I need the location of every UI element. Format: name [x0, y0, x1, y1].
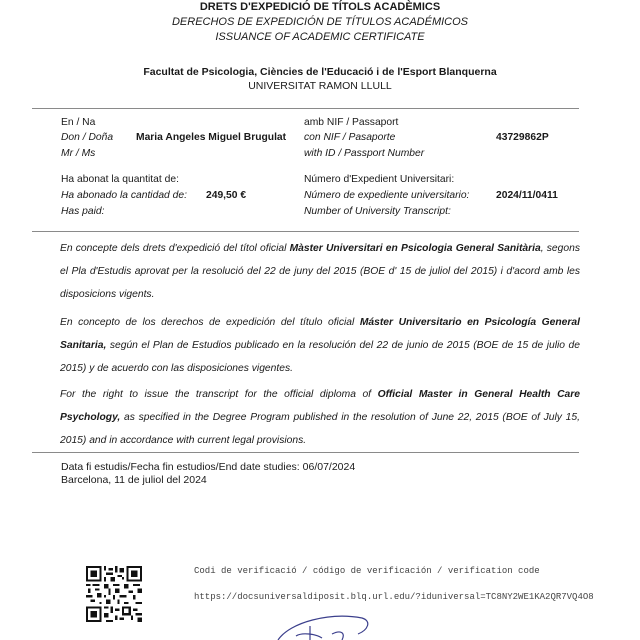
- paragraph-en-text-end: as specified in the Degree Program publi…: [60, 412, 580, 446]
- divider-bottom: [32, 452, 579, 453]
- record-label-en: Number of University Transcript:: [304, 206, 451, 217]
- faculty-name: Facultat de Psicologia, Ciències de l'Ed…: [0, 66, 640, 78]
- place-date: Barcelona, 11 de juliol del 2024: [61, 474, 207, 486]
- end-date: Data fi estudis/Fecha fin estudios/End d…: [61, 461, 355, 473]
- degree-name-ca: Màster Universitari en Psicologia Genera…: [290, 243, 541, 254]
- verification-url-link[interactable]: https://docsuniversaldiposit.blq.url.edu…: [194, 592, 594, 602]
- record-label-ca: Número d'Expedient Universitari:: [304, 174, 454, 185]
- payment-label-en: Has paid:: [61, 206, 105, 217]
- student-label-es: Don / Doña: [61, 132, 113, 143]
- id-value: 43729862P: [496, 132, 549, 143]
- paragraph-catalan: En concepte dels drets d'expedició del t…: [60, 237, 580, 306]
- divider-middle: [32, 231, 579, 232]
- record-label-es: Número de expediente universitario:: [304, 190, 469, 201]
- record-value: 2024/11/0411: [496, 190, 558, 201]
- paragraph-english: For the right to issue the transcript fo…: [60, 383, 580, 452]
- divider-top: [32, 108, 579, 109]
- id-label-ca: amb NIF / Passaport: [304, 117, 398, 128]
- id-label-es: con NIF / Pasaporte: [304, 132, 395, 143]
- qr-code-icon[interactable]: [86, 562, 142, 626]
- student-name: Maria Angeles Miguel Brugulat: [136, 132, 286, 143]
- paragraph-en-text: For the right to issue the transcript fo…: [60, 389, 378, 400]
- title-english: ISSUANCE OF ACADEMIC CERTIFICATE: [0, 31, 640, 43]
- payment-amount: 249,50 €: [206, 190, 246, 201]
- university-name: UNIVERSITAT RAMON LLULL: [0, 80, 640, 92]
- paragraph-es-text: En concepto de los derechos de expedició…: [60, 317, 360, 328]
- payment-label-ca: Ha abonat la quantitat de:: [61, 174, 179, 185]
- student-label-en: Mr / Ms: [61, 148, 95, 159]
- student-label-ca: En / Na: [61, 117, 95, 128]
- verification-label: Codi de verificació / código de verifica…: [194, 566, 540, 576]
- paragraph-ca-text: En concepte dels drets d'expedició del t…: [60, 243, 290, 254]
- title-spanish: DERECHOS DE EXPEDICIÓN DE TÍTULOS ACADÉM…: [0, 16, 640, 28]
- signature-icon: [270, 612, 390, 640]
- id-label-en: with ID / Passport Number: [304, 148, 424, 159]
- title-catalan: DRETS D'EXPEDICIÓ DE TÍTOLS ACADÈMICS: [0, 1, 640, 13]
- paragraph-spanish: En concepto de los derechos de expedició…: [60, 311, 580, 380]
- payment-label-es: Ha abonado la cantidad de:: [61, 190, 187, 201]
- paragraph-es-text-end: según el Plan de Estudios publicado en l…: [60, 340, 580, 374]
